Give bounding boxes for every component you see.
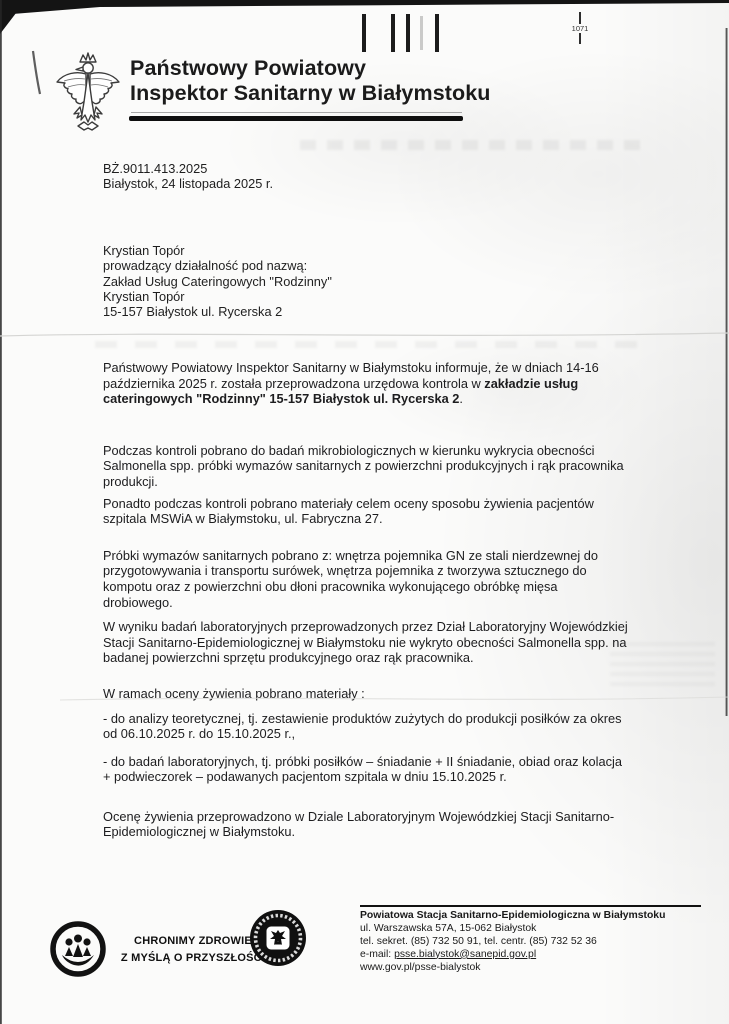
registration-mark (391, 14, 395, 52)
text-segment: Ponadto podczas kontroli pobrano materia… (103, 496, 594, 527)
slogan-line1: CHRONIMY ZDROWIE (116, 933, 270, 950)
recipient-line: Zakład Usług Cateringowych "Rodzinny" (103, 274, 332, 289)
text-segment: Próbki wymazów sanitarnych pobrano z: wn… (103, 548, 598, 610)
footer-divider (360, 905, 701, 907)
body-paragraph: W ramach oceny żywienia pobrano materiał… (103, 686, 630, 702)
text-segment: W ramach oceny żywienia pobrano materiał… (103, 686, 365, 701)
recipient-line: Krystian Topór (103, 289, 332, 304)
body-paragraph: Podczas kontroli pobrano do badań mikrob… (103, 443, 630, 490)
station-name: Powiatowa Stacja Sanitarno-Epidemiologic… (360, 910, 705, 923)
polish-eagle-emblem (52, 52, 124, 140)
recipient-block: Krystian Topórprowadzący działalność pod… (103, 243, 332, 319)
health-hands-logo (47, 918, 109, 980)
body-paragraph: Państwowy Powiatowy Inspektor Sanitarny … (103, 360, 630, 407)
counter-tick (579, 12, 581, 24)
scan-page-counter: 1071 (566, 12, 594, 44)
registration-mark (406, 14, 410, 52)
text-segment: . (459, 391, 463, 406)
station-contact-block: Powiatowa Stacja Sanitarno-Epidemiologic… (360, 910, 705, 975)
place-and-date: Białystok, 24 listopada 2025 r. (103, 176, 273, 191)
reference-block: BŻ.9011.413.2025 Białystok, 24 listopada… (103, 161, 273, 192)
recipient-line: 15-157 Białystok ul. Rycerska 2 (103, 304, 332, 319)
fold-crease (0, 333, 729, 336)
org-name-line1: Państwowy Powiatowy (130, 56, 491, 81)
text-segment: - do analizy teoretycznej, tj. zestawien… (103, 711, 622, 742)
body-paragraph: W wyniku badań laboratoryjnych przeprowa… (103, 619, 630, 666)
station-email-line: e-mail: psse.bialystok@sanepid.gov.pl (360, 949, 705, 962)
email-link: psse.bialystok@sanepid.gov.pl (394, 949, 536, 960)
registration-mark (362, 14, 366, 52)
letterhead-org-name: Państwowy Powiatowy Inspektor Sanitarny … (130, 56, 491, 105)
bleed-through-artifact (300, 140, 640, 150)
scanned-letter-page: 1071 Państwowy Powiatowy Inspektor Sanit… (0, 0, 729, 1024)
body-paragraphs: Państwowy Powiatowy Inspektor Sanitarny … (103, 355, 630, 840)
letterhead-rule-thin (131, 112, 462, 113)
station-website: www.gov.pl/psse-bialystok (360, 962, 705, 975)
recipient-line: Krystian Topór (103, 243, 332, 258)
text-segment: - do badań laboratoryjnych, tj. próbki p… (103, 754, 622, 785)
station-phones: tel. sekret. (85) 732 50 91, tel. centr.… (360, 936, 705, 949)
registration-mark (420, 16, 423, 50)
slogan-text: CHRONIMY ZDROWIE Z MYŚLĄ O PRZYSZŁOŚCI (116, 933, 270, 967)
body-paragraph: - do badań laboratoryjnych, tj. próbki p… (103, 754, 630, 785)
org-name-line2: Inspektor Sanitarny w Białymstoku (130, 81, 491, 106)
text-segment: Ocenę żywienia przeprowadzono w Dziale L… (103, 809, 614, 840)
text-segment: W wyniku badań laboratoryjnych przeprowa… (103, 619, 628, 665)
station-address: ul. Warszawska 57A, 15-062 Białystok (360, 923, 705, 936)
body-paragraph: - do analizy teoretycznej, tj. zestawien… (103, 711, 630, 742)
recipient-line: prowadzący działalność pod nazwą: (103, 258, 332, 273)
body-paragraph: Ponadto podczas kontroli pobrano materia… (103, 496, 630, 527)
slogan-line2: Z MYŚLĄ O PRZYSZŁOŚCI (116, 950, 270, 967)
counter-tick (579, 33, 581, 44)
text-segment: Podczas kontroli pobrano do badań mikrob… (103, 443, 624, 489)
letterhead-rule-thick (129, 116, 463, 121)
counter-number: 1071 (572, 24, 589, 33)
email-label: e-mail: (360, 949, 394, 960)
body-paragraph: Ocenę żywienia przeprowadzono w Dziale L… (103, 809, 630, 840)
registration-mark (435, 14, 439, 52)
pen-mark (33, 51, 40, 94)
bleed-through-artifact (95, 341, 655, 348)
state-sanitary-inspection-badge (249, 909, 307, 967)
case-number: BŻ.9011.413.2025 (103, 161, 273, 176)
body-paragraph: Próbki wymazów sanitarnych pobrano z: wn… (103, 548, 630, 610)
